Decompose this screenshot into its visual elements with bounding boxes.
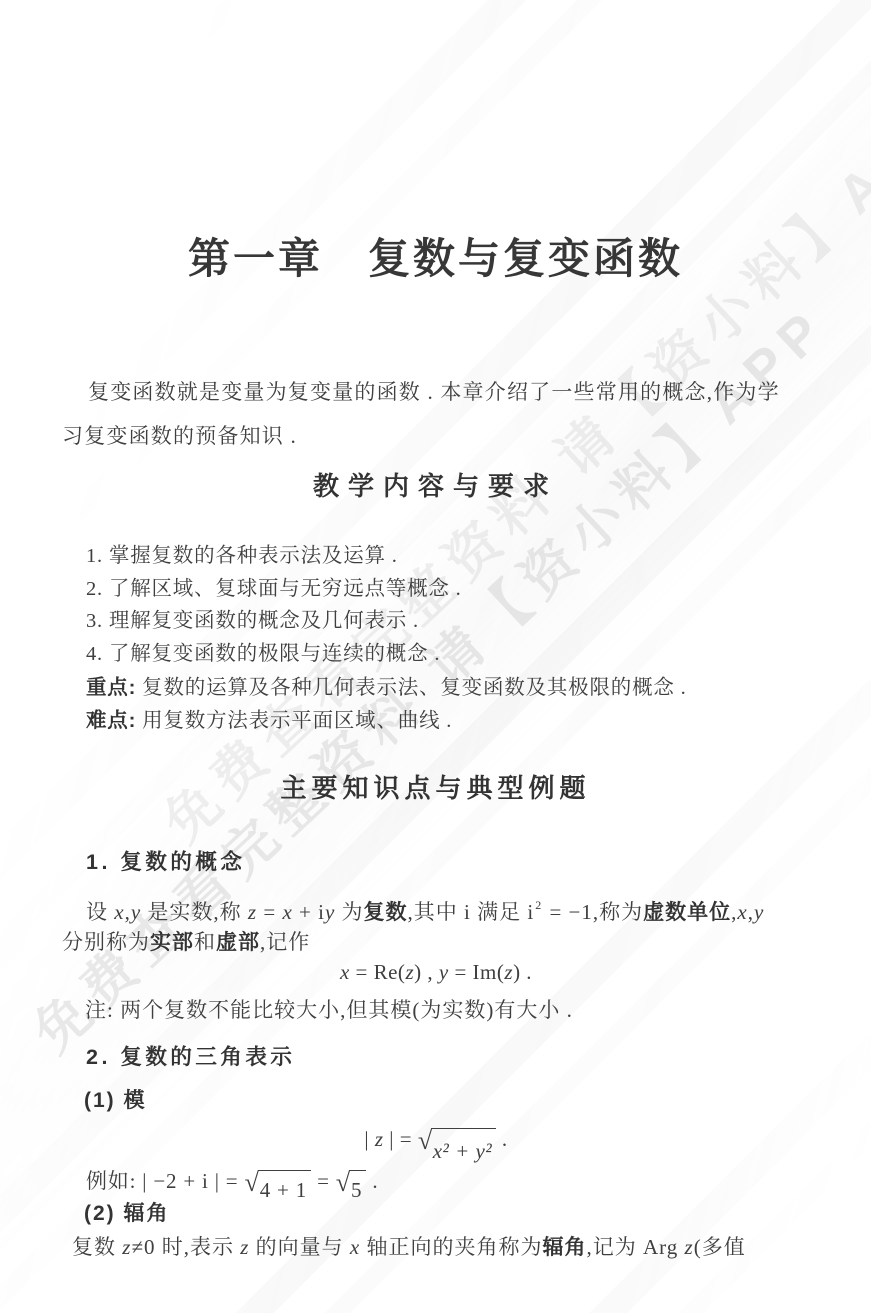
subheading-modulus: (1) 模 [84, 1084, 147, 1114]
chapter-title: 第一章 复数与复变函数 [0, 226, 871, 286]
difficulty-text: 用复数方法表示平面区域、曲线 . [142, 710, 452, 732]
note-line: 注: 两个复数不能比较大小,但其模(为实数)有大小 . [85, 994, 573, 1024]
kp1-paragraph-line-2: 分别称为实部和虚部,记作 [62, 925, 822, 960]
requirement-item-4: 4. 了解复变函数的极限与连续的概念 . [86, 638, 462, 671]
section-heading-teaching: 教学内容与要求 [0, 466, 871, 503]
difficulty-label: 难点: [86, 709, 136, 732]
key-point-label: 重点: [86, 676, 136, 699]
requirement-item-1: 1. 掌握复数的各种表示法及运算 . [86, 540, 462, 573]
knowledge-point-2-heading: 2. 复数的三角表示 [86, 1040, 295, 1071]
intro-line-1: 复变函数就是变量为复变量的函数 . 本章介绍了一些常用的概念,作为学 [62, 370, 812, 414]
argument-paragraph: 复数 z≠0 时,表示 z 的向量与 x 轴正向的夹角称为辐角,记为 Arg z… [72, 1231, 852, 1261]
kp1-paragraph-line-1: 设 x,y 是实数,称 z = x + iy 为复数,其中 i 满足 i2 = … [62, 890, 822, 930]
intro-line-2: 习复变函数的预备知识 . [62, 414, 812, 458]
requirements-list: 1. 掌握复数的各种表示法及运算 . 2. 了解区域、复球面与无穷远点等概念 .… [86, 540, 462, 670]
re-im-formula: x = Re(z) , y = Im(z) . [62, 960, 810, 985]
subheading-argument: (2) 辐角 [84, 1197, 170, 1227]
requirement-item-3: 3. 理解复变函数的概念及几何表示 . [86, 605, 462, 638]
knowledge-point-1-heading: 1. 复数的概念 [86, 845, 245, 876]
requirement-item-2: 2. 了解区域、复球面与无穷远点等概念 . [86, 573, 462, 606]
key-point-text: 复数的运算及各种几何表示法、复变函数及其极限的概念 . [142, 677, 686, 699]
key-point-line: 重点: 复数的运算及各种几何表示法、复变函数及其极限的概念 . [86, 672, 687, 705]
difficulty-line: 难点: 用复数方法表示平面区域、曲线 . [86, 705, 687, 738]
intro-paragraph: 复变函数就是变量为复变量的函数 . 本章介绍了一些常用的概念,作为学 习复变函数… [62, 370, 812, 458]
section-heading-main: 主要知识点与典型例题 [0, 768, 871, 805]
key-difficulty-block: 重点: 复数的运算及各种几何表示法、复变函数及其极限的概念 . 难点: 用复数方… [86, 672, 687, 737]
textbook-page: 免费查看完整资料 请【资小料】APP 免费查看完整资料 请【资小料】APP 第一… [0, 0, 871, 1313]
